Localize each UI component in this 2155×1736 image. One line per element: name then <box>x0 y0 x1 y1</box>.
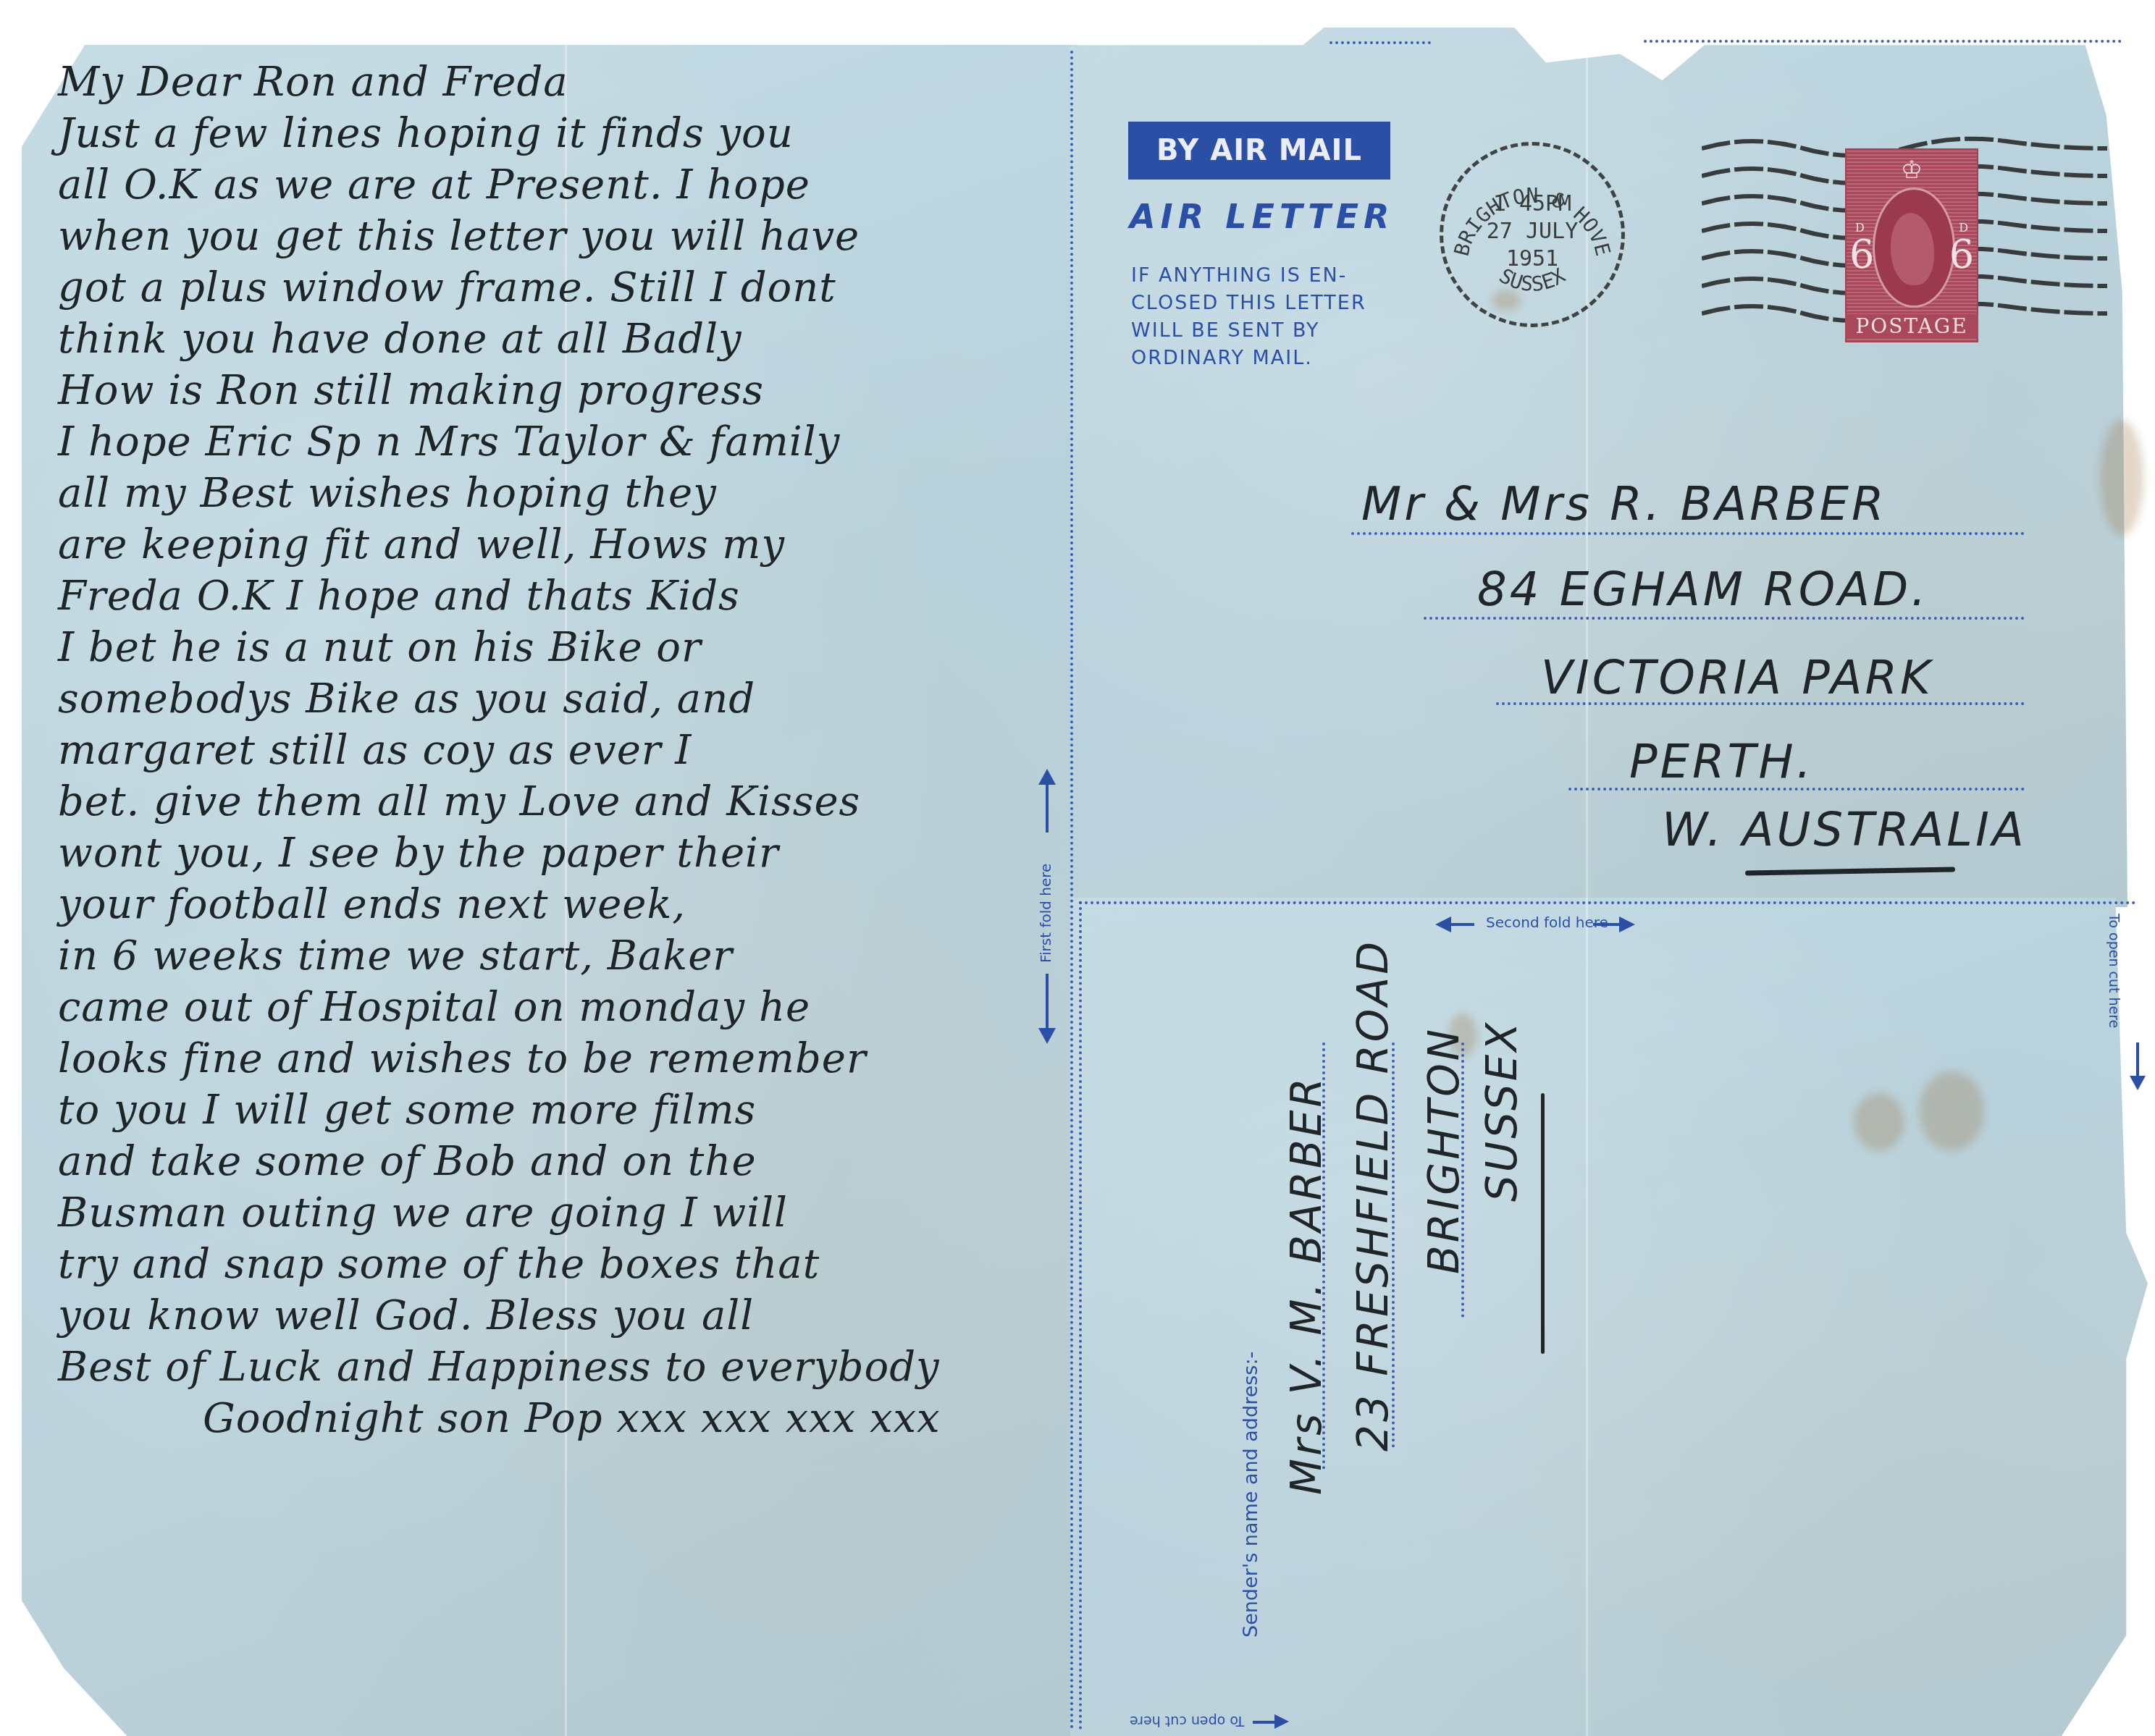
air-letter-scan: My Dear Ron and Freda Just a few lines h… <box>0 0 2155 1736</box>
recipient-city: PERTH. <box>1629 736 1814 789</box>
letter-line: came out of Hospital on monday he <box>58 982 1057 1033</box>
sender-name: Mrs V. M. BARBER <box>1282 1075 1331 1495</box>
letter-line: are keeping fit and well, Hows my <box>58 519 1057 570</box>
letter-line: think you have done at all Badly <box>58 313 1057 365</box>
letter-line: I hope Eric Sp n Mrs Taylor & family <box>58 416 1057 468</box>
address-dotted-rule <box>1424 617 2025 620</box>
sender-county: SUSSEX <box>1477 1020 1526 1202</box>
postmark: BRIGHTON & HOVE SUSSEX 1 45PM 27 JULY 19… <box>1440 142 1625 327</box>
air-letter-title: AIR LETTER <box>1130 197 1395 236</box>
arrow-right-icon <box>1593 923 1622 926</box>
sender-town: BRIGHTON <box>1419 1027 1469 1274</box>
top-cut-line <box>1644 40 2122 43</box>
letter-line: My Dear Ron and Freda <box>58 56 1057 108</box>
postmark-date: 1 45PM 27 JULY 1951 <box>1443 190 1621 273</box>
second-fold-label: Second fold here <box>1486 914 1608 931</box>
notice-line: IF ANYTHING IS EN- <box>1131 262 1406 290</box>
recipient-street: 84 EGHAM ROAD. <box>1477 563 1929 617</box>
stain <box>1919 1071 1984 1151</box>
first-fold-label: First fold here <box>1037 864 1054 963</box>
letter-line: all O.K as we are at Present. I hope <box>58 159 1057 211</box>
letter-line: all my Best wishes hoping they <box>58 468 1057 519</box>
letter-line: to you I will get some more films <box>58 1084 1057 1136</box>
arrowhead-right-icon <box>1619 917 1635 932</box>
arrowhead-up-icon <box>1038 769 1056 785</box>
letter-line: in 6 weeks time we start, Baker <box>58 930 1057 982</box>
arrowhead-down-icon <box>1038 1028 1056 1044</box>
notice-line: CLOSED THIS LETTER <box>1131 290 1406 317</box>
sender-panel <box>1070 898 2148 1736</box>
stamp-label: POSTAGE <box>1845 314 1978 338</box>
letter-signoff: Goodnight son Pop xxx xxx xxx xxx <box>58 1393 1057 1444</box>
arrowhead-right-icon <box>1274 1714 1289 1729</box>
letter-line: Freda O.K I hope and thats Kids <box>58 570 1057 622</box>
letter-line: you know well God. Bless you all <box>58 1290 1057 1341</box>
letter-body: My Dear Ron and Freda Just a few lines h… <box>58 56 1057 1444</box>
letter-line: margaret still as coy as ever I <box>58 725 1057 776</box>
portrait-head-icon <box>1891 213 1934 285</box>
postmark-time: 1 45PM <box>1443 190 1621 218</box>
address-dotted-rule <box>1568 788 2025 791</box>
arrow-left-icon <box>1448 923 1474 926</box>
recipient-suburb: VICTORIA PARK <box>1541 652 1933 705</box>
open-cut-label-bottom: To open cut here <box>1130 1713 1244 1729</box>
open-cut-label-right: To open cut here <box>2106 914 2122 1028</box>
first-fold-line <box>1070 51 1073 1730</box>
top-cut-line <box>1329 41 1431 44</box>
postmark-day: 27 JULY <box>1443 218 1621 245</box>
arrowhead-down-icon <box>2130 1076 2146 1090</box>
sender-label: Sender's name and address:- <box>1240 1352 1262 1638</box>
king-portrait <box>1873 187 1955 308</box>
letter-line: try and snap some of the boxes that <box>58 1239 1057 1290</box>
letter-line: somebodys Bike as you said, and <box>58 673 1057 725</box>
sender-street: 23 FRESHFIELD ROAD <box>1348 939 1398 1451</box>
letter-line: got a plus window frame. Still I dont <box>58 262 1057 313</box>
postage-stamp: ♔ D D 6 6 POSTAGE <box>1845 148 1978 342</box>
letter-line: Best of Luck and Happiness to everybody <box>58 1341 1057 1393</box>
stamp-value: 6 <box>1849 235 1874 274</box>
arrow-down-icon <box>1046 974 1049 1032</box>
letter-line: wont you, I see by the paper their <box>58 827 1057 879</box>
by-air-mail-label: BY AIR MAIL <box>1128 122 1390 180</box>
stamp-value: 6 <box>1949 235 1974 274</box>
notice-line: WILL BE SENT BY <box>1131 317 1406 345</box>
arrow-right-icon <box>1253 1721 1277 1724</box>
postmark-year: 1951 <box>1443 245 1621 273</box>
letter-line: and take some of Bob and on the <box>58 1136 1057 1187</box>
letter-line: I bet he is a nut on his Bike or <box>58 622 1057 673</box>
letter-line: when you get this letter you will have <box>58 211 1057 262</box>
stain <box>1854 1093 1904 1151</box>
recipient-name: Mr & Mrs R. BARBER <box>1361 478 1886 531</box>
notice-line: ORDINARY MAIL. <box>1131 345 1406 372</box>
crown-icon: ♔ <box>1887 156 1936 185</box>
letter-line: Busman outing we are going I will <box>58 1187 1057 1239</box>
letter-line: your football ends next week, <box>58 879 1057 930</box>
address-dotted-rule <box>1496 702 2025 705</box>
letter-line: looks fine and wishes to be remember <box>58 1033 1057 1084</box>
letter-line: Just a few lines hoping it finds you <box>58 108 1057 159</box>
address-dotted-rule <box>1351 532 2025 535</box>
recipient-country: W. AUSTRALIA <box>1662 804 2027 857</box>
letter-line: How is Ron still making progress <box>58 365 1057 416</box>
enclosure-notice: IF ANYTHING IS EN- CLOSED THIS LETTER WI… <box>1131 262 1406 372</box>
left-cut-line <box>1079 901 1082 1730</box>
second-fold-line <box>1079 901 2136 904</box>
sender-underline <box>1541 1093 1545 1354</box>
letter-line: bet. give them all my Love and Kisses <box>58 776 1057 827</box>
arrow-down-icon <box>2136 1042 2139 1079</box>
stain <box>2100 420 2143 536</box>
